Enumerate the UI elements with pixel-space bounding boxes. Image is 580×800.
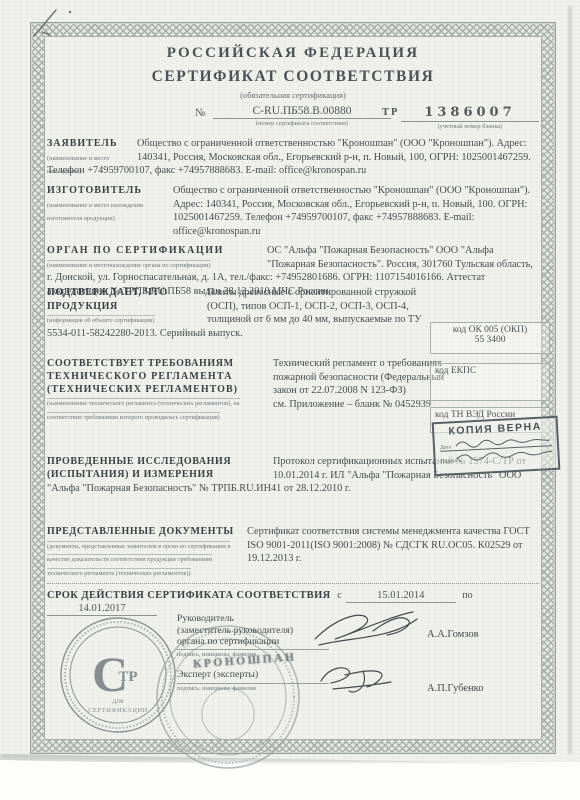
- head-role-line3: органа по сертификации: [177, 636, 293, 648]
- ekps-code-label: код ЕКПС: [435, 366, 545, 376]
- ekps-code-box: код ЕКПС: [430, 363, 550, 401]
- country-header: РОССИЙСКАЯ ФЕДЕРАЦИЯ: [45, 45, 541, 62]
- validity-label: СРОК ДЕЙСТВИЯ СЕРТИФИКАТА СООТВЕТСТВИЯ: [47, 590, 331, 601]
- validity-to-word: по: [462, 590, 472, 601]
- compliance-label-line3: (ТЕХНИЧЕСКИХ РЕГЛАМЕНТОВ): [47, 383, 265, 396]
- certificate-number-caption: (номер сертификата соответствия): [213, 120, 391, 127]
- applicant-label: ЗАЯВИТЕЛЬ: [47, 138, 117, 149]
- documents-text: Сертификат соответствия системы менеджме…: [247, 526, 530, 564]
- expert-signature-caption: подпись, инициалы, фамилия: [177, 683, 329, 692]
- okp-code-value: 55 3400: [435, 335, 545, 345]
- certificate-subtitle: (обязательная сертификация): [45, 90, 541, 100]
- section-documents: ПРЕДСТАВЛЕННЫЕ ДОКУМЕНТЫ (документы, пре…: [47, 525, 541, 579]
- research-label-line2: (ИСПЫТАНИЯ) И ИЗМЕРЕНИЯ: [47, 468, 265, 481]
- head-role-line2: (заместитель руководителя): [177, 625, 293, 637]
- expert-role: Эксперт (эксперты): [177, 669, 258, 681]
- manufacturer-label: ИЗГОТОВИТЕЛЬ: [47, 185, 142, 196]
- blank-prefix: ТР: [382, 107, 399, 118]
- certificate-number-block: C-RU.ПБ58.В.00880 (номер сертификата соо…: [213, 105, 391, 127]
- compliance-caption: (наименование технического регламента (т…: [47, 398, 240, 421]
- manufacturer-text: Общество с ограниченной ответственностью…: [173, 185, 530, 237]
- certification-body-label: ОРГАН ПО СЕРТИФИКАЦИИ: [47, 245, 224, 256]
- section-compliance: СООТВЕТСТВУЕТ ТРЕБОВАНИЯМ ТЕХНИЧЕСКОГО Р…: [47, 357, 469, 413]
- head-name: А.А.Гомзов: [427, 629, 479, 640]
- certificate-number: C-RU.ПБ58.В.00880: [213, 105, 391, 119]
- handwritten-check-mark: [26, 4, 76, 44]
- paper-right-edge-shadow: [569, 6, 571, 754]
- mark-caption-line1: для: [112, 696, 124, 705]
- product-caption: (информация об объекте сертификации): [47, 315, 155, 324]
- mark-letters-tr: ТР: [118, 669, 137, 685]
- head-role-line1: Руководитель: [177, 613, 293, 625]
- blank-number-block: 1386007 (учетный номер бланка): [401, 105, 539, 130]
- blank-number-caption: (учетный номер бланка): [401, 123, 539, 130]
- section-product: ПОДТВЕРЖДАЕТ, ЧТО ПРОДУКЦИЯ (информация …: [47, 286, 429, 340]
- certificate-ornamental-border: РОССИЙСКАЯ ФЕДЕРАЦИЯ СЕРТИФИКАТ СООТВЕТС…: [30, 22, 556, 754]
- research-label-line1: ПРОВЕДЕННЫЕ ИССЛЕДОВАНИЯ: [47, 455, 265, 468]
- compliance-label-line1: СООТВЕТСТВУЕТ ТРЕБОВАНИЯМ: [47, 357, 265, 370]
- compliance-label-line2: ТЕХНИЧЕСКОГО РЕГЛАМЕНТА: [47, 370, 265, 383]
- validity-from-word: с: [337, 590, 341, 601]
- head-signature: [307, 607, 422, 649]
- expert-name: А.П.Губенко: [427, 683, 484, 694]
- blank-number: 1386007: [401, 105, 539, 122]
- conformity-mark-stamp: С ТР для СЕРТИФИКАЦИИ: [58, 615, 178, 735]
- documents-caption: (документы, представленные заявителем в …: [47, 541, 230, 577]
- copy-verna-date-label: Дата: [440, 444, 451, 451]
- validity-row: СРОК ДЕЙСТВИЯ СЕРТИФИКАТА СООТВЕТСТВИЯ с…: [47, 590, 541, 616]
- head-signature-caption: подпись, инициалы, фамилия: [177, 649, 329, 658]
- okp-code-box: код ОК 005 (ОКП) 55 3400: [430, 322, 550, 354]
- manufacturer-caption: (наименование и место нахождения изготов…: [47, 202, 143, 223]
- certificate-title: СЕРТИФИКАТ СООТВЕТСТВИЯ: [45, 68, 541, 86]
- expert-signature: [315, 661, 405, 701]
- documents-label: ПРЕДСТАВЛЕННЫЕ ДОКУМЕНТЫ: [47, 526, 234, 537]
- mark-caption-line2: СЕРТИФИКАЦИИ: [88, 707, 148, 714]
- section-applicant: ЗАЯВИТЕЛЬ (наименование и место нахожден…: [47, 137, 541, 178]
- certification-body-caption: (наименование и местонахождение органа п…: [47, 260, 211, 269]
- okp-code-label: код ОК 005 (ОКП): [435, 325, 545, 335]
- section-manufacturer: ИЗГОТОВИТЕЛЬ (наименование и место нахож…: [47, 184, 541, 238]
- validity-from-date: 15.01.2014: [346, 590, 456, 603]
- product-label-line1: ПОДТВЕРЖДАЕТ, ЧТО: [47, 287, 168, 298]
- certificate-content-area: РОССИЙСКАЯ ФЕДЕРАЦИЯ СЕРТИФИКАТ СООТВЕТС…: [44, 36, 542, 740]
- head-role: Руководитель (заместитель руководителя) …: [177, 613, 293, 648]
- scanned-certificate-page: РОССИЙСКАЯ ФЕДЕРАЦИЯ СЕРТИФИКАТ СООТВЕТС…: [0, 0, 580, 762]
- number-sign: №: [195, 107, 206, 119]
- copy-verna-stamp: КОПИЯ ВЕРНА Дата Подпись: [432, 416, 561, 477]
- product-label-line2: ПРОДУКЦИЯ: [47, 300, 199, 313]
- divider-line: [47, 583, 539, 584]
